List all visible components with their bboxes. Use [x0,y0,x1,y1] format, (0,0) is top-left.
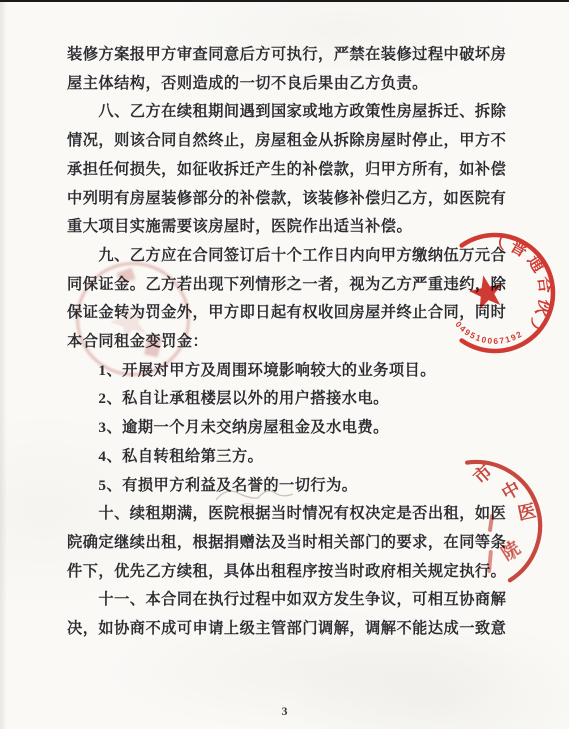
contract-line: 十一、本合同在执行过程中如双方发生争议，可相互协商解 [67,586,503,615]
partnership-seal-stamp: （普通合伙） 049510067192 [430,222,569,378]
contract-line: 2、私自让承租楼层以外的用户搭接水电。 [67,385,503,414]
scanned-contract-page: { "page": { "number": "3" }, "contract":… [0,0,569,729]
contract-line: 八、乙方在续租期间遇到国家或地方政策性房屋拆迁、拆除 [67,98,503,127]
seal-smudge [487,550,493,573]
contract-line: 决，如协商不成可申请上级主管部门调解，调解不能达成一致意 [67,615,503,644]
page-number: 3 [0,704,569,719]
contract-line: 情况，则该合同自然终止，房屋租金从拆除房屋时停止，甲方不 [67,127,503,156]
seal-smudge [488,514,494,532]
scan-top-edge [0,0,569,2]
contract-line: 承担任何损失，如征收拆迁产生的补偿款，归甲方所有，如补偿 [67,156,503,185]
contract-line: 装修方案报甲方审查同意后方可执行，严禁在装修过程中破坏房 [67,41,503,70]
scan-left-edge [0,0,7,729]
star-icon [467,272,507,311]
hospital-seal-stamp: 市 中 医 院 [430,428,569,588]
contract-line: 中列明有房屋装修部分的补偿款，该装修补偿归乙方，如医院有 [67,185,503,214]
contract-line: 屋主体结构，否则造成的一切不良后果由乙方负责。 [67,70,503,99]
